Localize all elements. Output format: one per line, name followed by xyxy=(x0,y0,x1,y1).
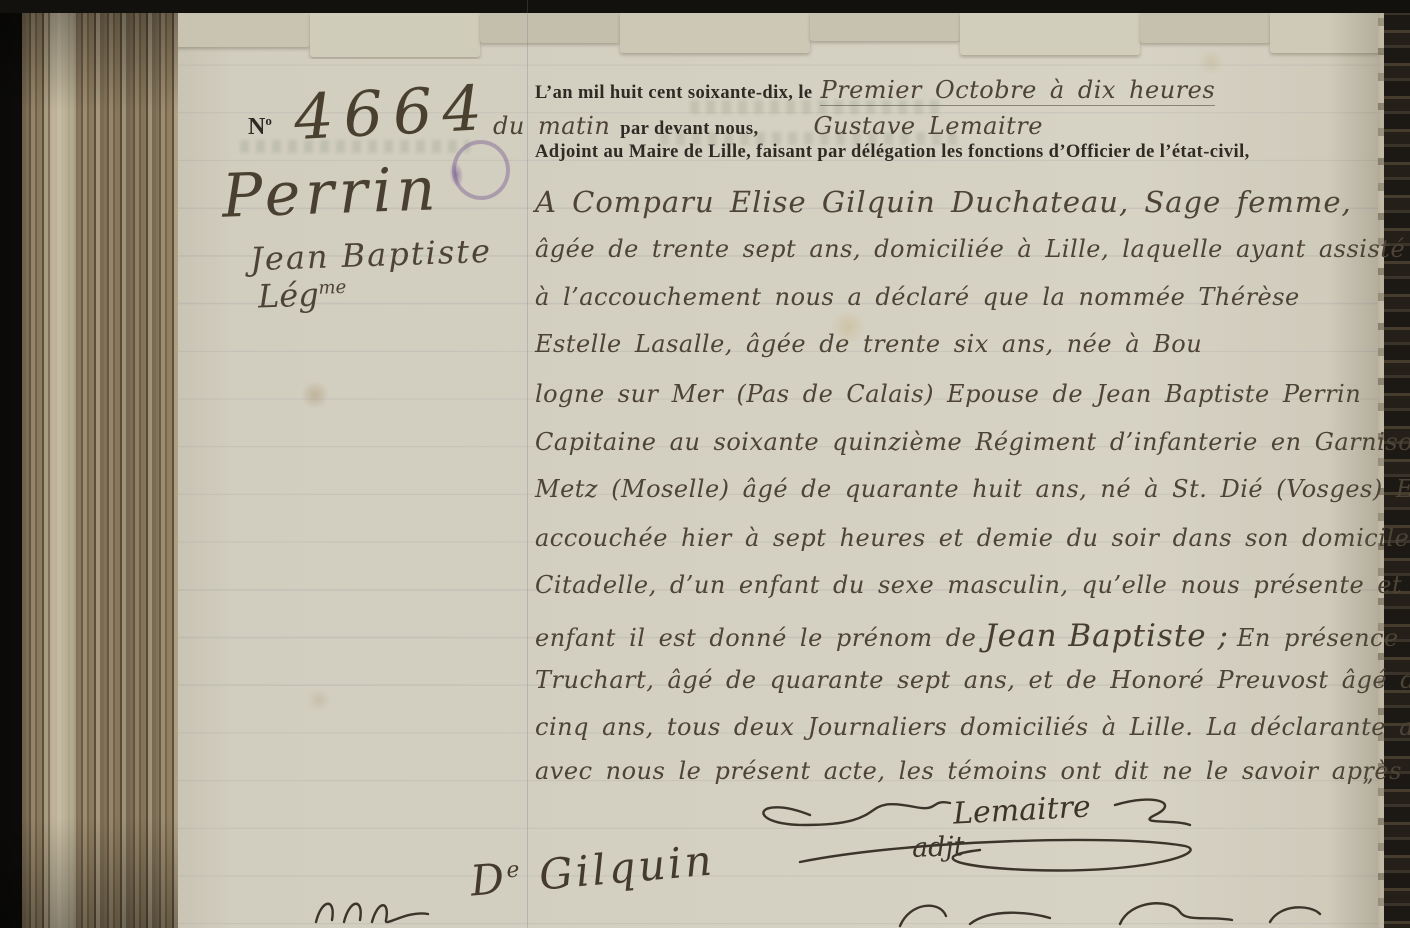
body-line-segment: avec nous le présent acte, les témoins o… xyxy=(535,757,1410,785)
margin-legitimacy-note: Légme xyxy=(257,274,347,315)
stain xyxy=(1196,50,1226,74)
stain xyxy=(300,382,330,408)
book-gutter xyxy=(1384,0,1410,928)
next-entry-fragment xyxy=(880,898,1340,928)
body-line-segment: enfant il est donné le prénom de xyxy=(535,624,976,652)
body-line: Truchart, âgé de quarante sept ans, et d… xyxy=(535,666,1387,694)
body-line-segment: En présence de Aimé xyxy=(1237,624,1410,652)
body-line: Adjoint au Maire de Lille, faisant par d… xyxy=(535,142,1387,163)
body-line-segment: L’an mil huit cent soixante-dix, le xyxy=(535,83,812,103)
body-line-segment: A Comparu Elise Gilquin Duchateau, Sage … xyxy=(535,185,1352,219)
officiant-signature-name: Lemaitre xyxy=(952,789,1091,831)
body-line-segment: du matin xyxy=(493,112,610,140)
ditto-mark: ” xyxy=(1362,776,1373,801)
body-line-segment: logne sur Mer (Pas de Calais) Epouse de … xyxy=(535,380,1361,408)
body-line-segment: Capitaine au soixante quinzième Régiment… xyxy=(535,428,1410,456)
body-line: Capitaine au soixante quinzième Régiment… xyxy=(535,428,1387,456)
body-line-segment: accouchée hier à sept heures et demie du… xyxy=(535,524,1410,552)
body-line: accouchée hier à sept heures et demie du… xyxy=(535,524,1387,552)
book-fore-edge xyxy=(0,0,178,928)
body-line: L’an mil huit cent soixante-dix, lePremi… xyxy=(535,76,1387,104)
body-line: enfant il est donné le prénom deJean Bap… xyxy=(535,618,1387,654)
officiant-title-flourish: adjt xyxy=(790,830,1210,878)
body-line-segment: Truchart, âgé de quarante sept ans, et d… xyxy=(535,666,1410,694)
body-line-segment: cinq ans, tous deux Journaliers domicili… xyxy=(535,713,1410,741)
body-line: logne sur Mer (Pas de Calais) Epouse de … xyxy=(535,380,1387,408)
body-line: avec nous le présent acte, les témoins o… xyxy=(535,757,1387,785)
body-line: du matinpar devant nous,Gustave Lemaitre xyxy=(535,112,1387,140)
body-line-segment: Jean Baptiste ; xyxy=(984,618,1229,654)
body-line-segment: à l’accouchement nous a déclaré que la n… xyxy=(535,283,1300,311)
body-line: cinq ans, tous deux Journaliers domicili… xyxy=(535,713,1387,741)
register-scan: No 4664 Perrin Jean Baptiste Légme L’an … xyxy=(0,0,1410,928)
body-line-segment: Premier Octobre à dix heures xyxy=(820,76,1215,106)
act-number-digits: 4664 xyxy=(292,71,493,154)
body-line: âgée de trente sept ans, domiciliée à Li… xyxy=(535,235,1387,263)
scan-top-border xyxy=(0,0,1410,13)
body-line: à l’accouchement nous a déclaré que la n… xyxy=(535,283,1387,311)
body-line-segment: Gustave Lemaitre xyxy=(813,112,1043,140)
body-line-segment: Estelle Lasalle, âgée de trente six ans,… xyxy=(535,330,1202,358)
body-line-segment: Citadelle, d’un enfant du sexe masculin,… xyxy=(535,571,1410,599)
body-line: A Comparu Elise Gilquin Duchateau, Sage … xyxy=(535,185,1387,219)
margin-surname: Perrin xyxy=(221,154,442,232)
body-line-segment: âgée de trente sept ans, domiciliée à Li… xyxy=(535,235,1405,263)
body-line: Citadelle, d’un enfant du sexe masculin,… xyxy=(535,571,1387,599)
number-label: No xyxy=(248,114,272,140)
next-entry-fragment xyxy=(310,892,490,928)
body-line-segment: par devant nous, xyxy=(620,119,758,139)
body-line: Metz (Moselle) âgé de quarante huit ans,… xyxy=(535,475,1387,503)
body-line: Estelle Lasalle, âgée de trente six ans,… xyxy=(535,330,1387,358)
act-number: No 4664 xyxy=(248,76,492,149)
stain xyxy=(306,690,332,710)
officiant-title: adjt xyxy=(911,831,965,864)
body-line-segment: Adjoint au Maire de Lille, faisant par d… xyxy=(535,142,1250,162)
body-line-segment: Metz (Moselle) âgé de quarante huit ans,… xyxy=(535,475,1410,503)
